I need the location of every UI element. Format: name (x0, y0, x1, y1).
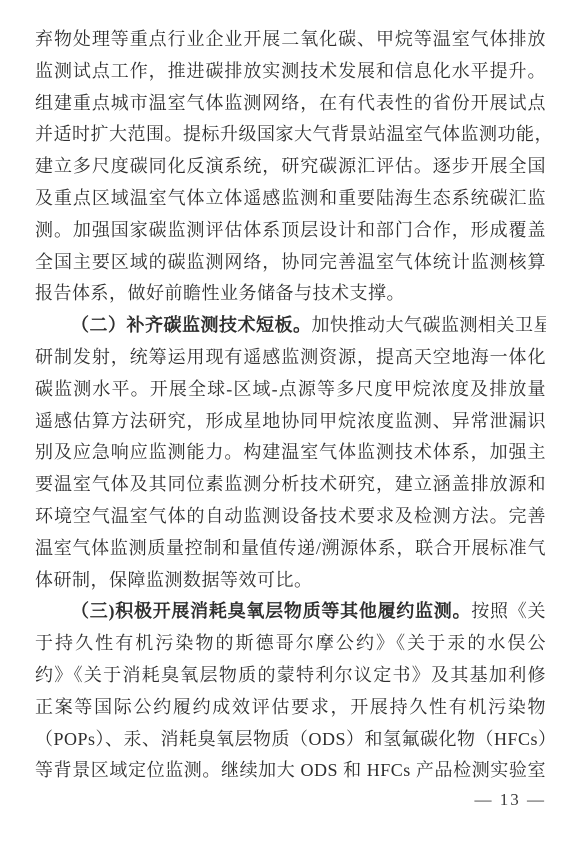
text-line: 温室气体监测质量控制和量值传递/溯源体系，联合开展标准气 (35, 533, 546, 565)
text-line: 约》《关于消耗臭氧层物质的蒙特利尔议定书》及其基加利修 (35, 660, 546, 692)
text-line: 别及应急响应监测能力。构建温室气体监测技术体系，加强主 (35, 437, 546, 469)
text-line: 及重点区域温室气体立体遥感监测和重要陆海生态系统碳汇监 (35, 183, 546, 215)
text-line: 组建重点城市温室气体监测网络，在有代表性的省份开展试点 (35, 88, 546, 120)
document-page: 弃物处理等重点行业企业开展二氧化碳、甲烷等温室气体排放 监测试点工作，推进碳排放… (0, 0, 580, 860)
text-run: 加快推动大气碳监测相关卫星 (312, 315, 547, 335)
text-line: 体研制，保障监测数据等效可比。 (35, 565, 546, 597)
text-run: 按照《关 (471, 601, 546, 621)
text-line: 并适时扩大范围。提标升级国家大气背景站温室气体监测功能， (35, 119, 546, 151)
text-line: 碳监测水平。开展全球-区域-点源等多尺度甲烷浓度及排放量 (35, 374, 546, 406)
text-line: 要温室气体及其同位素监测分析技术研究，建立涵盖排放源和 (35, 469, 546, 501)
text-line: 弃物处理等重点行业企业开展二氧化碳、甲烷等温室气体排放 (35, 24, 546, 56)
text-line: 正案等国际公约履约成效评估要求，开展持久性有机污染物 (35, 692, 546, 724)
text-line: 研制发射，统筹运用现有遥感监测资源，提高天空地海一体化 (35, 342, 546, 374)
text-line: （POPs）、汞、消耗臭氧层物质（ODS）和氢氟碳化物（HFCs） (35, 724, 546, 756)
text-line: 监测试点工作，推进碳排放实测技术发展和信息化水平提升。 (35, 56, 546, 88)
section-3-heading: （三)积极开展消耗臭氧层物质等其他履约监测。 (71, 601, 471, 621)
section-2-heading: （二）补齐碳监测技术短板。 (71, 315, 312, 335)
text-line: 建立多尺度碳同化反演系统，研究碳源汇评估。逐步开展全国 (35, 151, 546, 183)
text-line: （三)积极开展消耗臭氧层物质等其他履约监测。按照《关 (35, 596, 546, 628)
text-line: 于持久性有机污染物的斯德哥尔摩公约》《关于汞的水俣公 (35, 628, 546, 660)
page-number: — 13 — (475, 790, 547, 810)
text-line: （二）补齐碳监测技术短板。加快推动大气碳监测相关卫星 (35, 310, 546, 342)
text-line: 全国主要区域的碳监测网络，协同完善温室气体统计监测核算 (35, 247, 546, 279)
text-line: 等背景区域定位监测。继续加大 ODS 和 HFCs 产品检测实验室 (35, 755, 546, 787)
text-line: 报告体系，做好前瞻性业务储备与技术支撑。 (35, 278, 546, 310)
text-line: 测。加强国家碳监测评估体系顶层设计和部门合作，形成覆盖 (35, 215, 546, 247)
document-body: 弃物处理等重点行业企业开展二氧化碳、甲烷等温室气体排放 监测试点工作，推进碳排放… (35, 24, 546, 787)
text-line: 环境空气温室气体的自动监测设备技术要求及检测方法。完善 (35, 501, 546, 533)
text-line: 遥感估算方法研究，形成星地协同甲烷浓度监测、异常泄漏识 (35, 406, 546, 438)
